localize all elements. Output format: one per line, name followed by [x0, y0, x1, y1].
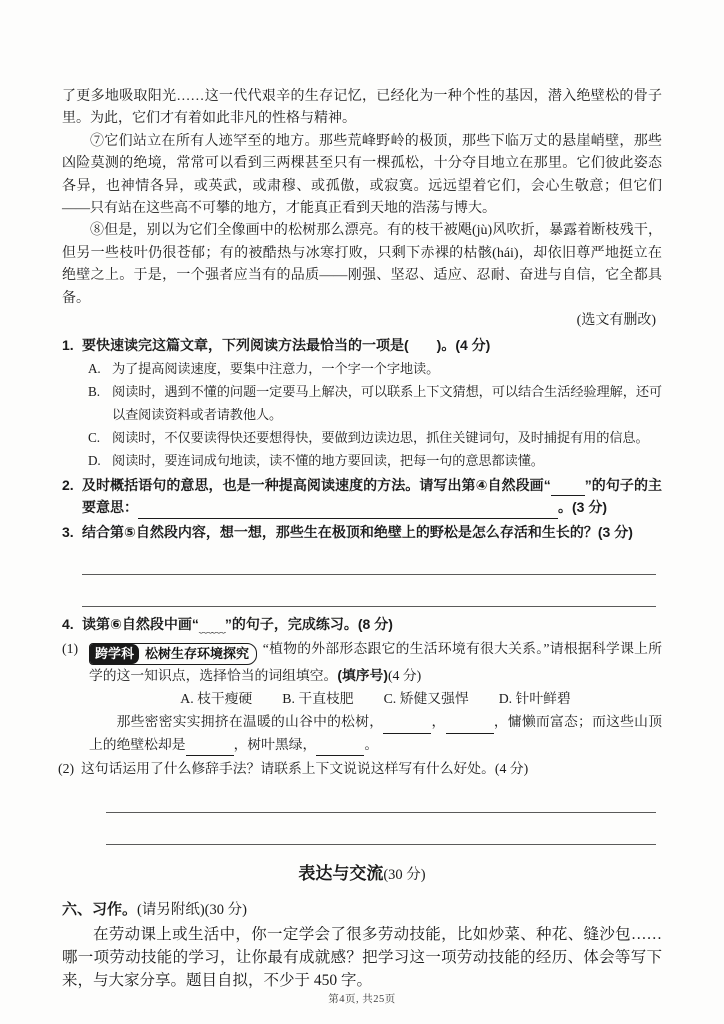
- option-c: C. 阅读时，不仅要读得快还要想得快，要做到边读边思，抓住关键词句，及时捕捉有用…: [88, 426, 662, 449]
- option-c-letter: C.: [88, 426, 112, 449]
- sub-1-number: (1): [62, 638, 89, 660]
- reading-passage: 了更多地吸取阳光……这一代代艰辛的生存记忆，已经化为一种个性的基因，潜入绝壁松的…: [62, 86, 662, 332]
- word-option-b: B. 干直枝肥: [282, 688, 353, 710]
- option-d-text: 阅读时，要连词成句地读，读不懂的地方要回读，把每一句的意思都读懂。: [112, 449, 662, 472]
- question-2-text-1: 及时概括语句的意思，也是一种提高阅读速度的方法。请写出第④自然段画“: [82, 477, 551, 493]
- answer-line: [82, 575, 656, 607]
- question-2: 2. 及时概括语句的意思，也是一种提高阅读速度的方法。请写出第④自然段画“”的句…: [62, 474, 662, 519]
- exam-page-content: 了更多地吸取阳光……这一代代艰辛的生存记忆，已经化为一种个性的基因，潜入绝壁松的…: [62, 86, 662, 992]
- question-1-number: 1.: [62, 334, 82, 356]
- fill-blank-1: [383, 719, 431, 733]
- option-d-letter: D.: [88, 449, 112, 472]
- fill-text-5: 。: [364, 737, 378, 752]
- question-3: 3. 结合第⑤自然段内容，想一想，那些生在极顶和绝壁上的野松是怎么存活和生长的？…: [62, 521, 662, 607]
- option-a-text: 为了提高阅读速度，要集中注意力，一个字一个字地读。: [112, 357, 662, 380]
- question-4: 4. 读第⑥自然段中画“﹏﹏”的句子，完成练习。(8 分) (1) 跨学科 松树…: [62, 613, 662, 844]
- fill-text-2: ，: [431, 714, 445, 729]
- fill-text-4: ，树叶黑绿，: [234, 737, 317, 752]
- cross-subject-badge: 跨学科 松树生存环境探究: [89, 643, 257, 665]
- sub-2-number: (2): [58, 758, 81, 780]
- question-4-stem: 读第⑥自然段中画“﹏﹏”的句子，完成练习。(8 分): [82, 613, 662, 635]
- question-1-options: A. 为了提高阅读速度，要集中注意力，一个字一个字地读。 B. 阅读时，遇到不懂…: [88, 357, 662, 472]
- word-option-c: C. 矫健又强悍: [384, 688, 469, 710]
- composition-note: (请另附纸)(30 分): [137, 899, 247, 921]
- question-4-text-2: ”的句子，完成练习。(8 分): [225, 616, 393, 632]
- question-4-text-1: 读第⑥自然段中画“: [82, 616, 199, 632]
- question-1: 1. 要快速读完这篇文章，下列阅读方法最恰当的一项是( )。(4 分) A. 为…: [62, 334, 662, 471]
- passage-attribution: (选文有删改): [62, 310, 662, 332]
- option-a-letter: A.: [88, 357, 112, 380]
- passage-paragraph-continuation: 了更多地吸取阳光……这一代代艰辛的生存记忆，已经化为一种个性的基因，潜入绝壁松的…: [62, 86, 662, 131]
- page-indicator: 第4页, 共25页: [328, 994, 396, 1005]
- main-idea-answer-blank: [138, 504, 558, 519]
- word-option-d: D. 针叶鲜碧: [499, 688, 571, 710]
- word-choice-options: A. 枝干瘦硬 B. 干直枝肥 C. 矫健又强悍 D. 针叶鲜碧: [89, 688, 662, 710]
- question-4-sub-2: (2) 这句话运用了什么修辞手法？请联系上下文说说这样写有什么好处。(4 分): [62, 758, 662, 780]
- question-3-number: 3.: [62, 521, 82, 543]
- passage-paragraph-8: ⑧但是，别以为它们全像画中的松树那么漂亮。有的枝干被飓(jù)风吹折，暴露着断枝…: [62, 220, 662, 310]
- cross-subject-label: 跨学科: [90, 644, 139, 664]
- question-6-composition: 六、习作。 (请另附纸)(30 分) 在劳动课上或生活中，你一定学会了很多劳动技…: [62, 899, 662, 992]
- option-b-text: 阅读时，遇到不懂的问题一定要马上解决，可以联系上下文猜想，可以结合生活经验理解，…: [112, 380, 662, 426]
- option-a: A. 为了提高阅读速度，要集中注意力，一个字一个字地读。: [88, 357, 662, 380]
- question-2-stem: 及时概括语句的意思，也是一种提高阅读速度的方法。请写出第④自然段画“”的句子的主…: [82, 474, 662, 519]
- answer-line: [82, 543, 656, 575]
- question-1-stem: 要快速读完这篇文章，下列阅读方法最恰当的一项是( )。(4 分): [82, 334, 662, 356]
- fill-in-sentence: 那些密密实实拥挤在温暖的山谷中的松树，，，慵懒而富态；而这些山顶上的绝壁松却是，…: [89, 711, 662, 756]
- option-d: D. 阅读时，要连词成句地读，读不懂的地方要回读，把每一句的意思都读懂。: [88, 449, 662, 472]
- question-2-text-3: 。(3 分): [558, 499, 607, 515]
- question-4-sub-1: (1) 跨学科 松树生存环境探究 “植物的外部形态跟它的生活环境有很大关系。”请…: [62, 638, 662, 757]
- section-header: 表达与交流(30 分): [62, 861, 662, 889]
- composition-heading: 六、习作。: [62, 899, 137, 921]
- fill-blank-2: [446, 719, 494, 733]
- sub-1-score: (4 分): [388, 668, 421, 683]
- option-c-text: 阅读时，不仅要读得快还要想得快，要做到边读边思，抓住关键词句，及时捕捉有用的信息…: [112, 426, 662, 449]
- option-b: B. 阅读时，遇到不懂的问题一定要马上解决，可以联系上下文猜想，可以结合生活经验…: [88, 380, 662, 426]
- question-2-number: 2.: [62, 474, 82, 496]
- quoted-underline-blank: [551, 482, 585, 497]
- fill-text-1: 那些密密实实拥挤在温暖的山谷中的松树，: [117, 714, 384, 729]
- section-title: 表达与交流: [298, 864, 383, 883]
- passage-paragraph-7: ⑦它们站立在所有人迹罕至的地方。那些荒峰野岭的极顶，那些下临万丈的悬崖峭壁，那些…: [62, 131, 662, 221]
- question-4-number: 4.: [62, 613, 82, 635]
- answer-line: [106, 813, 656, 845]
- sub-2-text: 这句话运用了什么修辞手法？请联系上下文说说这样写有什么好处。(4 分): [81, 758, 662, 780]
- wavy-underline-mark: ﹏﹏: [199, 619, 225, 635]
- option-b-letter: B.: [88, 380, 112, 403]
- composition-prompt: 在劳动课上或生活中，你一定学会了很多劳动技能，比如炒菜、种花、缝沙包……哪一项劳…: [62, 923, 662, 992]
- fill-blank-4: [316, 742, 364, 756]
- word-option-a: A. 枝干瘦硬: [180, 688, 252, 710]
- exploration-topic-label: 松树生存环境探究: [139, 644, 256, 664]
- page-footer: 第4页, 共25页: [0, 991, 724, 1006]
- fill-blank-3: [186, 742, 234, 756]
- section-score: (30 分): [383, 867, 425, 883]
- sub-1-body: 跨学科 松树生存环境探究 “植物的外部形态跟它的生活环境有很大关系。”请根据科学…: [89, 638, 662, 757]
- answer-line: [106, 781, 656, 813]
- fill-order-note: (填序号): [337, 668, 388, 683]
- question-3-stem: 结合第⑤自然段内容，想一想，那些生在极顶和绝壁上的野松是怎么存活和生长的？(3 …: [82, 521, 662, 543]
